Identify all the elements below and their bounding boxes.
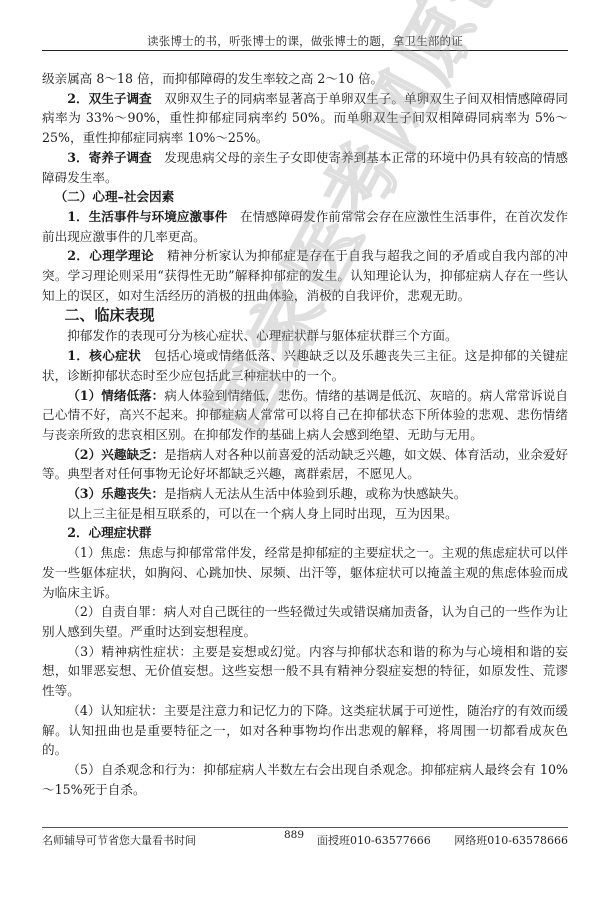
subheading-psych-symptom-group: 2．心理症状群	[42, 523, 568, 543]
item-title-anhedonia: （3）乐趣丧失：	[67, 486, 164, 501]
page-number: 889	[284, 829, 304, 841]
paragraph-self-blame: （2）自责自罪：病人对自己既往的一些轻微过失或错误痛加责备，认为自己的一些作为让…	[42, 602, 568, 641]
paragraph-cognitive-symptoms: （4）认知症状：主要是注意力和记忆力的下降。这类症状属于可逆性，随治疗的有效而缓…	[42, 701, 568, 760]
paragraph-clinical-intro: 抑郁发作的表现可分为核心症状、心理症状群与躯体症状群三个方面。	[42, 326, 568, 346]
paragraph-core-summary: 以上三主征是相互联系的，可以在一个病人身上同时出现，互为因果。	[42, 504, 568, 524]
header-divider	[42, 50, 568, 51]
subheading-life-events: 1．生活事件与环境应激事件	[67, 209, 227, 224]
footer-divider	[42, 827, 568, 828]
footer-online-class-phone: 网络班010-63578666	[454, 832, 568, 848]
paragraph-psych-theory: 2．心理学理论 精神分析家认为抑郁症是存在于自我与超我之间的矛盾或自我内部的冲突…	[42, 246, 568, 305]
page-body: 级亲属高 8～18 倍，而抑郁障碍的发生率较之高 2～10 倍。 2．双生子调查…	[42, 69, 568, 799]
paragraph-core-symptoms: 1．核心症状 包括心境或情绪低落、兴趣缺乏以及乐趣丧失三主征。这是抑郁的关键症状…	[42, 346, 568, 385]
paragraph-lack-interest: （2）兴趣缺乏：是指病人对各种以前喜爱的活动缺乏兴趣，如文娱、体育活动，业余爱好…	[42, 445, 568, 484]
paragraph-suicide: （5）自杀观念和行为：抑郁症病人半数左右会出现自杀观念。抑郁症病人最终会有 10…	[42, 760, 568, 799]
subheading-psych-theory: 2．心理学理论	[67, 248, 154, 263]
paragraph-twin-study: 2．双生子调查 双卵双生子的同病率显著高于单卵双生子。单卵双生子间双相情感障碍同…	[42, 89, 568, 148]
item-title-low-mood: （1）情绪低落：	[67, 388, 164, 403]
paragraph-anxiety: （1）焦虑：焦虑与抑郁常常伴发，经常是抑郁症的主要症状之一。主观的焦虑症状可以伴…	[42, 543, 568, 602]
footer-face-class-phone: 面授班010-63577666	[317, 832, 431, 848]
paragraph-text: 是指病人无法从生活中体验到乐趣，或称为快感缺失。	[164, 486, 466, 501]
paragraph-life-events: 1．生活事件与环境应激事件 在情感障碍发作前常常会存在应激性生活事件，在首次发作…	[42, 207, 568, 246]
item-title-lack-interest: （2）兴趣缺乏：	[67, 447, 164, 462]
paragraph-low-mood: （1）情绪低落：病人体验到情绪低，悲伤。情绪的基调是低沉、灰暗的。病人常常诉说自…	[42, 386, 568, 445]
subheading-adoption-study: 3．寄养子调查	[67, 150, 152, 165]
document-page: 读张博士的书，听张博士的课，做张博士的题，拿卫生部的证 级亲属高 8～18 倍，…	[0, 0, 600, 912]
section-heading-clinical: 二、临床表现	[42, 305, 568, 326]
paragraph-psychotic-symptoms: （3）精神病性症状：主要是妄想或幻觉。内容与抑郁状态和谐的称为与心境相和谐的妄想…	[42, 642, 568, 701]
subheading-twin-study: 2．双生子调查	[67, 91, 152, 106]
paragraph-anhedonia: （3）乐趣丧失：是指病人无法从生活中体验到乐趣，或称为快感缺失。	[42, 484, 568, 504]
paragraph-adoption-study: 3．寄养子调查 发现患病父母的亲生子女即使寄养到基本正常的环境中仍具有较高的情感…	[42, 148, 568, 187]
subheading-core-symptoms: 1．核心症状	[67, 348, 141, 363]
running-header: 读张博士的书，听张博士的课，做张博士的题，拿卫生部的证	[42, 33, 568, 49]
footer-slogan: 名师辅导可节省您大量看书时间	[42, 832, 196, 848]
section-heading-psych-social: （二）心理–社会因素	[42, 187, 568, 207]
paragraph-continuation: 级亲属高 8～18 倍，而抑郁障碍的发生率较之高 2～10 倍。	[42, 69, 568, 89]
